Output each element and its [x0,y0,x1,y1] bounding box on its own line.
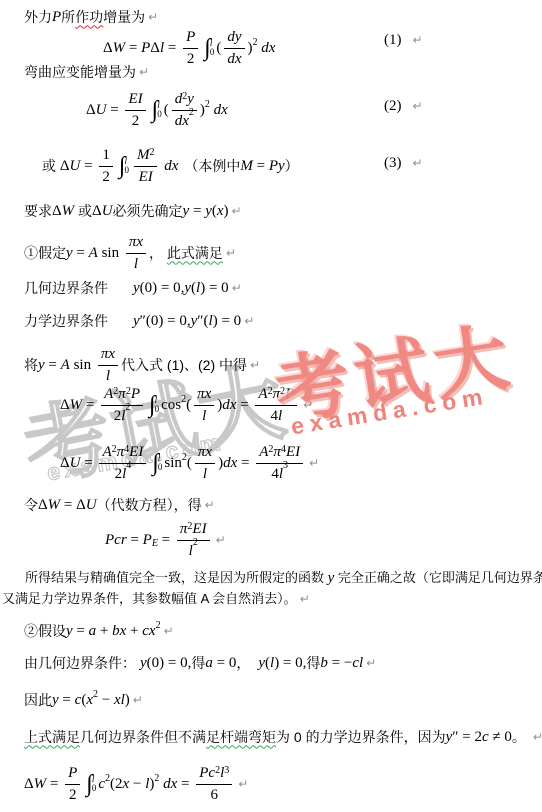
math-upright-run: 2 [115,465,123,484]
math-italic-run: P [68,764,77,783]
math-upright-run: = [189,202,205,221]
text-run: （本例中 [184,158,240,176]
integral-limits: l0 [124,157,129,175]
integral-lower-limit: 0 [124,166,129,175]
math-upright-run: 2 [102,168,110,187]
math-italic-run: P [141,39,150,58]
integral: ∫l0 [152,98,162,122]
text-run: 足杆端弯矩 [206,729,276,747]
superscript: 2 [154,773,159,786]
math-upright-run: ( [216,39,221,58]
math-italic-run: x [123,775,130,794]
math-italic-run: πx [197,385,211,404]
math-italic-run: y [52,691,59,710]
math-italic-run: M [240,157,253,176]
text-run: 此式满足 [167,245,223,263]
math-italic-run: P [143,531,152,550]
fraction-denominator: l [202,406,206,426]
fraction: πxl [98,345,118,386]
math-upright-run: ) = 0, [274,654,306,673]
text-run: 几何边界条件 [24,280,108,298]
text-run: 增量为 [103,9,145,27]
superscript: 2 [113,386,118,399]
paragraph-return-icon: ↵ [366,656,376,671]
formula-1: ΔW = PΔl = P2∫l0(dydx)2 dx [103,28,275,69]
superscript: 2 [93,689,98,702]
math-upright-run: ( [186,396,191,415]
math-italic-run: dy [227,28,241,47]
math-italic-run: A [258,385,267,404]
math-italic-run: bx [112,622,126,641]
math-upright-run: = [177,775,193,794]
math-italic-run: M [137,146,150,165]
math-italic-run: y [205,202,212,221]
math-italic-run: y [183,202,190,221]
fraction-denominator: 2 [102,167,110,187]
math-italic-run: dx [159,775,177,794]
math-italic-run: W [113,39,126,58]
text-run: 由几何边界条件： [24,655,136,673]
math-upright-run: Δ [86,101,96,120]
fraction: EI2 [125,90,145,131]
eq-number-1: (1)↵ [384,31,423,50]
math-italic-run: l [203,465,207,484]
math-upright-run: ″( [197,312,208,331]
math-italic-run: A [89,244,98,263]
math-italic-run: xl [114,691,125,710]
fraction-numerator: P [65,764,80,785]
fraction-numerator: EI [125,90,145,111]
integral-limits: l0 [157,101,162,119]
math-italic-run: Pc [199,764,215,783]
formula-pcr: Pcr = PE = π2EIl2↵ [105,520,226,561]
text-run: ①假定 [24,245,66,263]
math-upright-run: − [98,691,114,710]
math-upright-run: 2 [132,112,140,131]
text-run: 作功 [75,9,103,27]
math-italic-run: A [102,443,111,462]
math-italic-run: πx [198,443,212,462]
math-italic-run: P [52,8,61,27]
fraction: π2EIl2 [177,520,210,561]
fraction: A2π4EI2l4 [99,443,146,484]
fraction-denominator: 6 [211,785,219,805]
fraction-denominator: dx [227,49,241,69]
fraction-numerator: M2 [134,146,158,167]
superscript: 4 [281,444,286,457]
fraction-numerator: πx [98,345,118,366]
math-italic-run: y [66,244,73,263]
math-italic-run: l [134,255,138,274]
eq-number-2: (2)↵ [384,97,423,116]
math-upright-run: = [107,101,123,120]
line-geometric-boundary: 几何边界条件y(0) = 0,y(l) = 0↵ [24,279,242,298]
integral: ∫l0 [152,451,162,475]
paragraph-return-icon: ↵ [164,624,174,639]
math-italic-run: A [259,443,268,462]
math-upright-run: + [126,622,142,641]
math-italic-run: π [117,443,125,462]
superscript: 2 [253,37,258,50]
fraction-numerator: πx [195,443,215,464]
paragraph-return-icon: ↵ [244,314,254,329]
math-upright-run: sin [164,454,182,473]
integral-lower-limit: 0 [92,784,97,793]
math-upright-run: Δ [60,454,70,473]
integral: ∫l0 [149,393,159,417]
math-upright-run: = [236,396,252,415]
superscript: 2 [181,394,186,407]
line-assumption-1: ①假定y = A sin πxl， 此式满足↵ [24,233,236,274]
math-italic-run: c [98,775,105,794]
integral-lower-limit: 0 [158,463,163,472]
math-italic-run: U [86,496,97,515]
text-run: 将 [24,357,38,375]
integral-limits: l0 [210,39,215,57]
math-italic-run: π [180,520,188,539]
math-italic-run: dx [210,101,228,120]
math-italic-run: W [48,496,61,515]
fraction-numerator: πx [194,385,214,406]
superscript: 2 [156,620,161,633]
fraction: Pc2l36 [196,764,232,805]
math-upright-run: ≠ 0 [489,728,512,747]
fraction: A2π2P2l2 [101,385,143,426]
math-upright-run: 1 [102,146,110,165]
integral: ∫l0 [119,154,129,178]
fraction-denominator: 2 [187,49,195,69]
math-upright-run: = [46,775,62,794]
text-run: 令 [24,497,38,515]
document-page: 考试大 examda.com 外力P所作功增量为↵ΔW = PΔl = P2∫l… [0,0,542,812]
math-italic-run: y [140,654,147,673]
math-italic-run: dx [175,112,189,131]
math-upright-run: = [127,531,143,550]
fraction-numerator: A2π2P [101,385,143,406]
math-italic-run: y [328,569,335,588]
fraction-denominator: 2 [69,785,77,805]
math-upright-run: = [45,356,61,375]
eq-number-3: (3)↵ [384,154,423,173]
paragraph-strain-energy: 弯曲应变能增量为↵ [24,64,149,82]
line-therefore: 因此y = c(x2 − xl)↵ [24,691,143,710]
math-italic-run: y [258,654,265,673]
math-italic-run: dx [223,454,237,473]
superscript: 2 [112,444,117,457]
paragraph-return-icon: ↵ [133,693,143,708]
fraction-denominator: l [106,366,110,386]
math-italic-run: A [61,356,70,375]
math-upright-run: Δ [103,39,113,58]
fraction-numerator: dy [224,28,244,49]
math-upright-run: ( [187,454,192,473]
paragraph-return-icon: ↵ [226,246,236,261]
math-upright-run: 2 [114,407,122,426]
math-upright-run: 2 [187,50,195,69]
math-italic-run: πx [129,233,143,252]
math-upright-run: = [73,622,89,641]
fraction-denominator: l [134,254,138,274]
math-upright-run: 4 [271,465,279,484]
math-italic-run: EI [139,168,153,187]
math-upright-run: = [82,396,98,415]
paragraph-return-icon: ↵ [238,777,248,792]
integral-lower-limit: 0 [155,405,160,414]
math-italic-run: πx [101,345,115,364]
superscript: 2 [125,402,130,415]
fraction-denominator: 2 [132,111,140,131]
paragraph-conclusion-line2: 又满足力学边界条件，其参数幅值 A 会自然消去）。↵ [2,591,310,607]
superscript: 2 [268,444,273,457]
math-italic-run: a [89,622,97,641]
math-upright-run: = − [328,654,352,673]
math-upright-run: 2 [69,786,77,805]
math-upright-run: = [125,39,141,58]
superscript: 2 [189,107,194,120]
math-italic-run: dx [258,39,276,58]
math-italic-run: W [34,775,47,794]
text-run: （代数方程），得 [97,497,202,515]
math-italic-run: π [273,443,281,462]
math-italic-run: dx [222,396,236,415]
fraction: M2EI [134,146,158,187]
fraction: 12 [99,146,113,187]
math-upright-run: = [81,454,97,473]
text-run: 必须先确定 [113,203,183,221]
text-run: 力学边界条件 [24,313,108,331]
text-run: 弯曲应变能增量为 [24,64,136,82]
paragraph-return-icon: ↵ [250,358,260,373]
math-italic-run: U [96,101,107,120]
math-italic-run: cx [142,622,155,641]
text-run: ， [236,655,250,673]
text-run: 所得结果与精确值完全一致，这是因为所假定的函数 [25,570,328,586]
formula-delta-w-2: ΔW = P2∫l0c2(2x − l)2 dx = Pc2l36↵ [24,764,248,805]
line-geometric-condition: 由几何边界条件：y(0) = 0,得a = 0，y(l) = 0,得b = −c… [24,654,376,673]
math-italic-run: Pcr [105,531,127,550]
paragraph-return-icon: ↵ [148,10,158,25]
math-italic-run: U [70,157,81,176]
math-italic-run: U [102,202,113,221]
superscript: 2 [187,521,192,534]
paragraph-return-icon: ↵ [205,498,215,513]
math-italic-run: P [186,28,195,47]
text-run: 外力 [24,9,52,27]
math-upright-run: = [158,531,174,550]
text-run: ②假设 [24,623,66,641]
superscript: 3 [283,460,288,473]
text-run: 因此 [24,692,52,710]
superscript: 2 [205,99,210,112]
text-run: 为 0 的力学边界条件，因为 [276,729,446,747]
fraction-numerator: 1 [99,146,113,167]
paragraph-return-icon: ↵ [309,456,319,471]
math-upright-run: = 0 [213,654,236,673]
text-run: 几何边界条件但不满 [80,729,206,747]
math-upright-run: = [73,244,89,263]
math-upright-run: cos [161,396,181,415]
fraction-denominator: EI [139,167,153,187]
paragraph-return-icon: ↵ [413,33,423,48]
superscript: 2 [193,537,198,550]
line-mechanical-boundary: 力学边界条件y″(0) = 0,y″(l) = 0↵ [24,312,254,331]
paragraph-work-increment: 外力P所作功增量为↵ [24,8,158,27]
fraction-numerator: πx [126,233,146,254]
fraction-denominator: l2 [189,541,198,561]
superscript: 2 [105,773,110,786]
math-italic-run: EI [129,443,143,462]
text-run: ） [285,158,299,176]
fraction: πxl [126,233,146,274]
paragraph-mechanical-note: 上式满足几何边界条件但不满足杆端弯矩为 0 的力学边界条件，因为y″ = 2c … [24,728,542,747]
math-italic-run: W [70,396,83,415]
text-run: 所 [61,9,75,27]
math-italic-run: x [217,202,224,221]
math-italic-run: P [131,385,140,404]
math-italic-run: Py [269,157,285,176]
text-run: 或 [74,203,92,221]
superscript: 2 [268,386,273,399]
math-upright-run: Δ [52,202,62,221]
math-italic-run: cl [352,654,363,673]
math-upright-run: ) [224,202,229,221]
math-upright-run: ) [125,691,130,710]
math-upright-run: ″(0) = 0, [140,312,191,331]
fraction: P2 [65,764,80,805]
math-upright-run: Δ [24,775,34,794]
text-run: 上式满足 [24,729,80,747]
math-italic-run: y [133,279,140,298]
math-upright-run: Δ [38,496,48,515]
fraction-denominator: 2l2 [114,406,131,426]
formula-3: 或 ΔU = 12∫l0M2EI dx（本例中M = Py） [42,146,299,187]
integral-limits: l0 [92,775,97,793]
math-italic-run: y [38,356,45,375]
math-upright-run: Δ [76,496,86,515]
paragraph-return-icon: ↵ [413,156,423,171]
math-italic-run: l [106,367,110,386]
fraction: P2 [183,28,198,69]
fraction-denominator: l [203,464,207,484]
math-upright-run: − [129,775,145,794]
paragraph-return-icon: ↵ [232,281,242,296]
math-upright-run: = [164,39,180,58]
paragraph-return-icon: ↵ [300,592,310,607]
superscript: 2 [126,386,131,399]
fraction-numerator: A2π4EI [99,443,146,464]
fraction-denominator: 2l4 [115,464,132,484]
math-italic-run: d [175,90,183,109]
paragraph-return-icon: ↵ [533,730,542,745]
math-upright-run: = [253,157,269,176]
superscript: 2 [182,452,187,465]
fraction-numerator: P [183,28,198,49]
fraction-numerator: Pc2l3 [196,764,232,785]
text-run: 要求 [24,203,52,221]
superscript: 2 [215,765,220,778]
text-run: 得 [306,655,320,673]
fraction: πxl [194,385,214,426]
math-italic-run: U [70,454,81,473]
superscript: 4 [126,460,131,473]
paragraph-return-icon: ↵ [216,533,226,548]
paragraph-return-icon: ↵ [413,99,423,114]
math-italic-run: A [104,385,113,404]
integral: ∫l0 [204,36,214,60]
math-upright-run: (1) [384,31,402,50]
formula-delta-u-result: ΔU = A2π4EI2l4∫l0sin2(πxl)dx = A2π4EI4l3… [60,443,319,484]
integral-limits: l0 [155,396,160,414]
math-italic-run: b [320,654,328,673]
math-italic-run: c [75,691,82,710]
math-italic-run: l [202,407,206,426]
math-upright-run: 4 [270,407,278,426]
math-italic-run: W [62,202,75,221]
math-upright-run: Δ [150,39,160,58]
math-upright-run: (0) = 0, [147,654,192,673]
subscript: E [152,538,158,551]
superscript: 3 [224,765,229,778]
math-italic-run: a [205,654,213,673]
text-run: 代入式 (1)、(2) 中得 [121,357,247,375]
math-italic-run: dx [227,50,241,69]
fraction-numerator: A2π4EI [256,443,303,464]
line-substitute: 将y = A sin πxl代入式 (1)、(2) 中得↵ [24,345,260,386]
paragraph-conclusion-line1: 所得结果与精确值完全一致，这是因为所假定的函数 y 完全正确之故（它即满足几何边… [25,569,542,588]
fraction-denominator: 4l3 [271,464,288,484]
math-italic-run: EI [128,90,142,109]
text-run: 或 [42,158,60,176]
integral-lower-limit: 0 [157,110,162,119]
superscript: 4 [124,444,129,457]
math-upright-run: ″ = 2 [452,728,482,747]
fraction: d2ydx2 [172,90,197,131]
fraction: A2π4EI4l3 [256,443,303,484]
math-upright-run: 6 [211,786,219,805]
superscript: 2 [149,147,154,160]
paragraph-return-icon: ↵ [139,65,149,80]
paragraph-return-icon: ↵ [232,204,242,219]
math-italic-run: EI [286,443,300,462]
math-upright-run: ( [164,101,169,120]
line-assumption-2: ②假设y = a + bx + cx2↵ [24,622,174,641]
math-italic-run: x [86,691,93,710]
text-run: 完全正确之故（它即满足几何边界条件， [334,570,542,586]
math-upright-run: = [80,157,96,176]
math-upright-run: = [59,691,75,710]
math-upright-run: Δ [60,396,70,415]
math-upright-run: ) = 0 [213,312,241,331]
integral-limits: l0 [158,454,163,472]
math-italic-run: c [482,728,489,747]
math-upright-run: sin [70,356,95,375]
line-let-equal: 令ΔW = ΔU（代数方程），得↵ [24,496,215,515]
superscript: 2 [182,91,187,104]
integral-lower-limit: 0 [210,48,215,57]
math-upright-run: + [96,622,112,641]
math-upright-run: (2 [110,775,123,794]
math-italic-run: dx [160,157,178,176]
math-upright-run: (0) = 0, [140,279,185,298]
math-upright-run: sin [98,244,123,263]
math-upright-run: Δ [60,157,70,176]
math-upright-run: = [237,454,253,473]
integral: ∫l0 [86,772,96,796]
paragraph-requirement: 要求ΔW 或ΔU必须先确定y = y(x)↵ [24,202,242,221]
math-upright-run: = [60,496,76,515]
fraction: dydx [224,28,244,69]
text-run: 又满足力学边界条件，其参数幅值 A 会自然消去）。 [2,591,297,607]
